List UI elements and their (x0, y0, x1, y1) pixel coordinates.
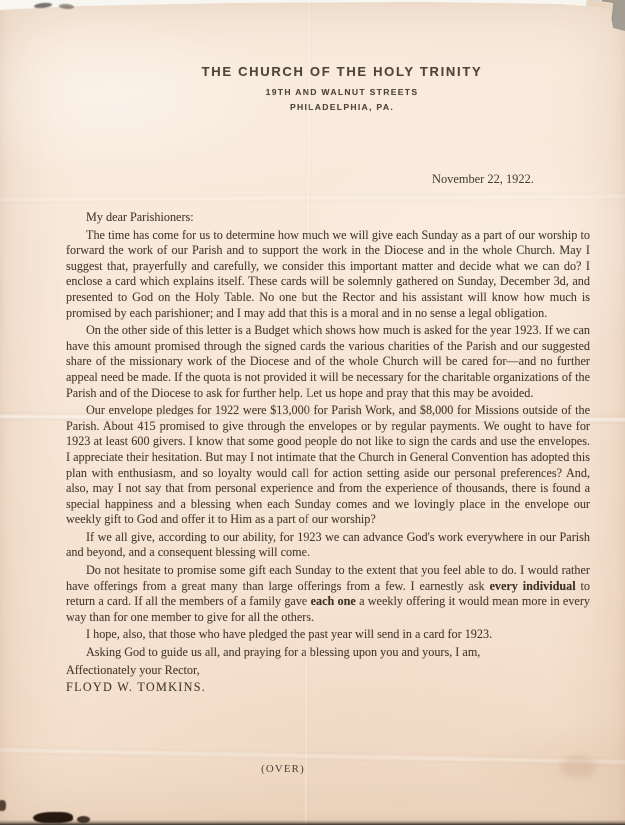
paper-bottom-edge-shadow (0, 820, 625, 825)
paragraph-3: Our envelope pledges for 1922 were $13,0… (66, 403, 590, 528)
emphasis-each-one: each one (311, 594, 356, 608)
church-name: THE CHURCH OF THE HOLY TRINITY (80, 64, 604, 79)
edge-mark-left (0, 800, 6, 811)
paragraph-4: If we all give, according to our ability… (66, 530, 590, 561)
valediction: Affectionately your Rector, (66, 663, 590, 679)
stain-bottom-right (560, 756, 596, 778)
street-address: 19TH AND WALNUT STREETS (80, 85, 604, 100)
over-label: (OVER) (0, 763, 580, 775)
letterhead: THE CHURCH OF THE HOLY TRINITY 19TH AND … (80, 64, 604, 114)
salutation: My dear Parishioners: (66, 210, 590, 226)
paragraph-2: On the other side of this letter is a Bu… (66, 323, 590, 401)
date-line: November 22, 1922. (432, 172, 534, 187)
signature-name: FLOYD W. TOMKINS. (66, 680, 590, 696)
city-state: PHILADELPHIA, PA. (80, 100, 604, 115)
paragraph-6: I hope, also, that those who have pledge… (66, 627, 590, 643)
paragraph-1: The time has come for us to determine ho… (66, 228, 590, 322)
letter-content: THE CHURCH OF THE HOLY TRINITY 19TH AND … (66, 64, 590, 114)
paragraph-7: Asking God to guide us all, and praying … (66, 645, 590, 661)
paragraph-5: Do not hesitate to promise some gift eac… (66, 563, 590, 625)
emphasis-every-individual: every individual (489, 579, 575, 593)
scanned-letter-page: THE CHURCH OF THE HOLY TRINITY 19TH AND … (0, 0, 625, 825)
letter-body: My dear Parishioners: The time has come … (66, 210, 590, 698)
